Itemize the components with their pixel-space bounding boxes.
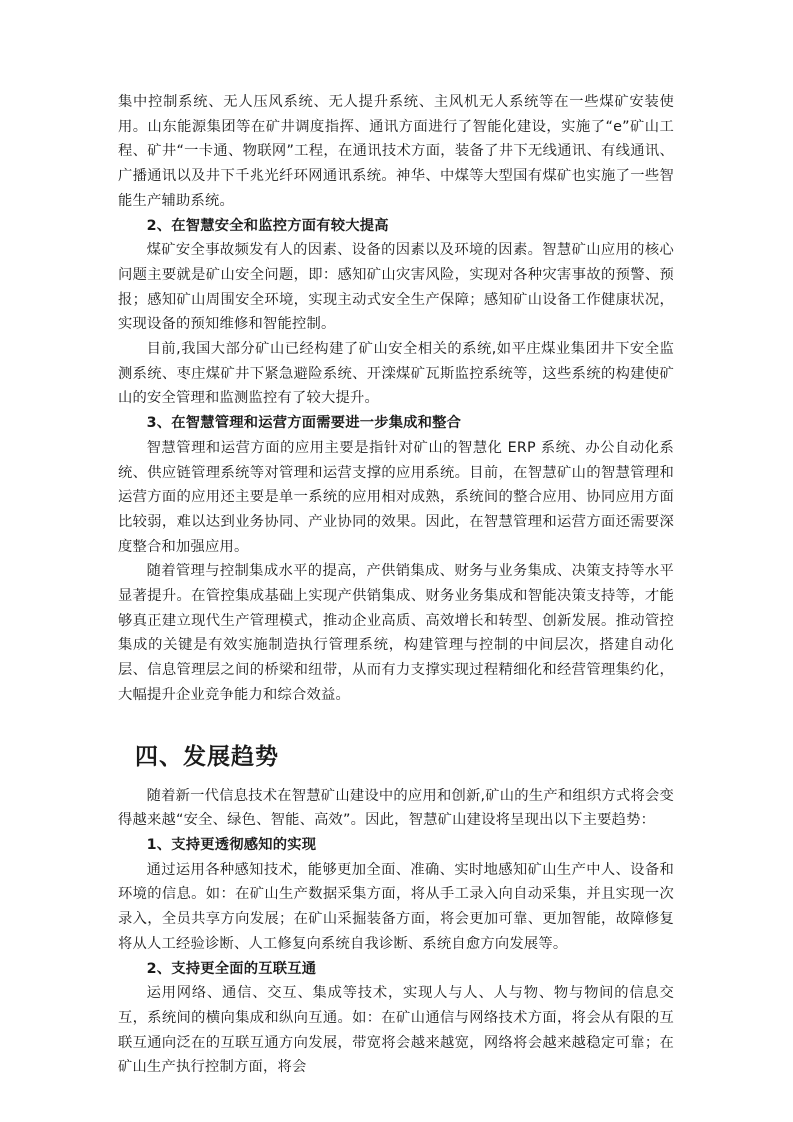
paragraph-safety-factors: 煤矿安全事故频发有人的因素、设备的因素以及环境的因素。智慧矿山应用的核心问题主要… <box>118 238 674 337</box>
subheading-trend-interconnect: 2、支持更全面的互联互通 <box>118 957 674 982</box>
subheading-trend-perception: 1、支持更透彻感知的实现 <box>118 833 674 858</box>
document-page: 集中控制系统、无人压风系统、无人提升系统、主风机无人系统等在一些煤矿安装使用。山… <box>118 90 674 1080</box>
paragraph-trend-interconnect: 运用网络、通信、交互、集成等技术，实现人与人、人与物、物与物间的信息交互，系统间… <box>118 981 674 1080</box>
subheading-smart-management: 3、在智慧管理和运营方面需要进一步集成和整合 <box>118 411 674 436</box>
paragraph-trends-intro: 随着新一代信息技术在智慧矿山建设中的应用和创新,矿山的生产和组织方式将会变得越来… <box>118 784 674 833</box>
section-heading-trends: 四、发展趋势 <box>135 742 674 772</box>
paragraph-intro: 集中控制系统、无人压风系统、无人提升系统、主风机无人系统等在一些煤矿安装使用。山… <box>118 90 674 214</box>
subheading-smart-safety: 2、在智慧安全和监控方面有较大提高 <box>118 214 674 239</box>
paragraph-safety-systems: 目前,我国大部分矿山已经构建了矿山安全相关的系统,如平庄煤业集团井下安全监测系统… <box>118 337 674 411</box>
paragraph-management-integration: 随着管理与控制集成水平的提高，产供销集成、财务与业务集成、决策支持等水平显著提升… <box>118 559 674 707</box>
paragraph-trend-perception: 通过运用各种感知技术，能够更加全面、准确、实时地感知矿山生产中人、设备和环境的信… <box>118 858 674 957</box>
paragraph-management-apps: 智慧管理和运营方面的应用主要是指针对矿山的智慧化 ERP 系统、办公自动化系统、… <box>118 436 674 560</box>
